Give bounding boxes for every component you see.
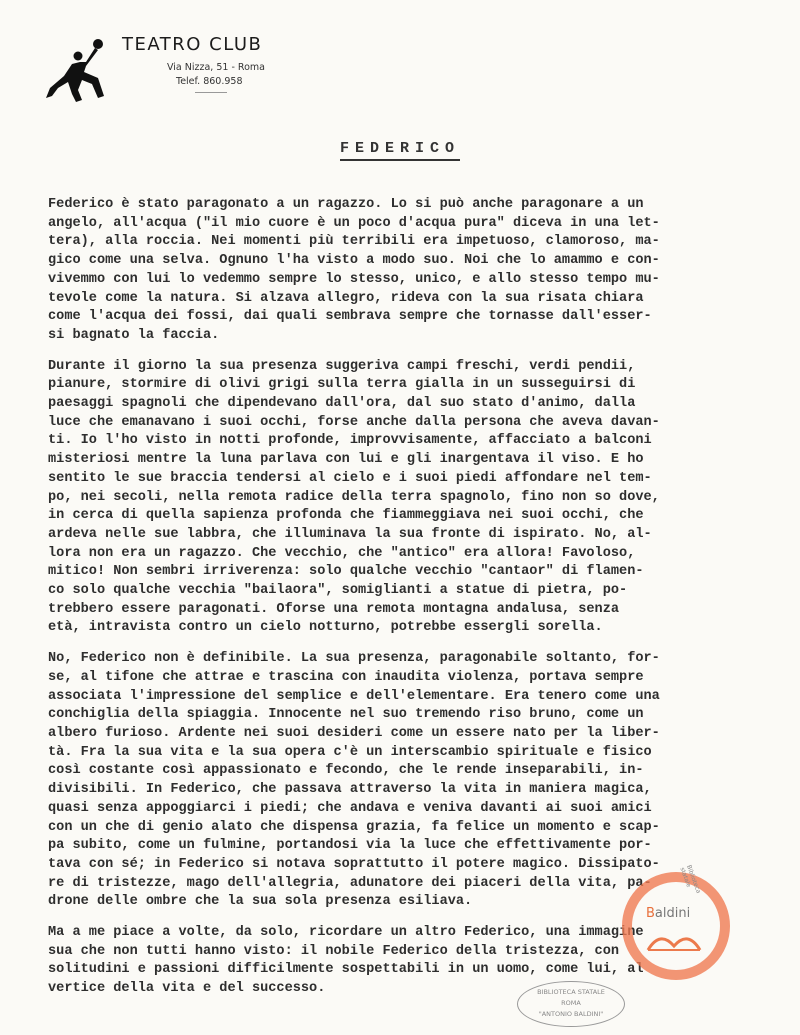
- letterhead-divider: [195, 92, 227, 93]
- text-line: divisibili. In Federico, che passava att…: [48, 781, 778, 800]
- stamp-line-1: BIBLIOTECA STATALE: [518, 987, 624, 998]
- dancing-figure-icon: [42, 36, 112, 102]
- text-line: come l'acqua dei fossi, dai quali sembra…: [48, 308, 778, 327]
- text-line: angelo, all'acqua ("il mio cuore è un po…: [48, 215, 778, 234]
- text-line: co solo qualche vecchia "bailaora", somi…: [48, 582, 778, 601]
- text-line: pianure, stormire di olivi grigi sulla t…: [48, 376, 778, 395]
- text-line: vertice della vita e del successo.: [48, 980, 778, 999]
- text-line: quasi senza appoggiarci i piedi; che and…: [48, 800, 778, 819]
- text-line: No, Federico non è definibile. La sua pr…: [48, 650, 778, 669]
- text-line: lora non era un ragazzo. Che vecchio, ch…: [48, 545, 778, 564]
- text-line: tà. Fra la sua vita e la sua opera c'è u…: [48, 744, 778, 763]
- text-line: se, al tifone che attrae e trascina con …: [48, 669, 778, 688]
- baldini-library-stamp: Biblioteca statale Baldini: [622, 872, 730, 980]
- text-line: misteriosi mentre la luna parlava con lu…: [48, 451, 778, 470]
- text-line: con un che di genio alato che dispensa g…: [48, 819, 778, 838]
- text-line: ti. Io l'ho visto in notti profonde, imp…: [48, 432, 778, 451]
- text-line: Durante il giorno la sua presenza sugger…: [48, 358, 778, 377]
- paragraph: Federico è stato paragonato a un ragazzo…: [48, 196, 778, 346]
- text-line: gico come una selva. Ognuno l'ha visto a…: [48, 252, 778, 271]
- text-line: paesaggi spagnoli che dipendevano dall'o…: [48, 395, 778, 414]
- text-line: si bagnato la faccia.: [48, 327, 778, 346]
- text-line: po, nei secoli, nella remota radice dell…: [48, 489, 778, 508]
- organization-phone: Telef. 860.958: [176, 76, 243, 87]
- text-line: vivemmo con lui lo vedemmo sempre lo ste…: [48, 271, 778, 290]
- text-line: così costante così appassionato e fecond…: [48, 762, 778, 781]
- organization-name: TEATRO CLUB: [122, 34, 262, 55]
- text-line: in cerca di quella sapienza profonda che…: [48, 507, 778, 526]
- text-line: età, intravista contro un cielo notturno…: [48, 619, 778, 638]
- library-ink-stamp: BIBLIOTECA STATALE ROMA "ANTONIO BALDINI…: [517, 981, 625, 1027]
- organization-address: Via Nizza, 51 - Roma: [167, 62, 265, 73]
- stamp-line-2: ROMA: [518, 998, 624, 1009]
- text-line: Federico è stato paragonato a un ragazzo…: [48, 196, 778, 215]
- text-line: conchiglia della spiaggia. Innocente nel…: [48, 706, 778, 725]
- text-line: ardeva nelle sue labbra, che illuminava …: [48, 526, 778, 545]
- text-line: tevole come la natura. Si alzava allegro…: [48, 290, 778, 309]
- text-line: tera), alla roccia. Nei momenti più terr…: [48, 233, 778, 252]
- stamp-name: Baldini: [646, 906, 690, 921]
- text-line: associata l'impressione del semplice e d…: [48, 688, 778, 707]
- letterhead: TEATRO CLUB Via Nizza, 51 - Roma Telef. …: [42, 30, 362, 110]
- document-title: FEDERICO: [0, 140, 800, 157]
- open-book-icon: [644, 928, 704, 952]
- text-line: trebbero essere paragonati. Oforse una r…: [48, 601, 778, 620]
- text-line: luce che emanavano i suoi occhi, forse a…: [48, 414, 778, 433]
- text-line: sentito le sue braccia tendersi al cielo…: [48, 470, 778, 489]
- text-line: mitico! Non sembri irriverenza: solo qua…: [48, 563, 778, 582]
- text-line: pa subito, come un fulmine, portandosi v…: [48, 837, 778, 856]
- stamp-line-3: "ANTONIO BALDINI": [518, 1009, 624, 1020]
- paragraph: Durante il giorno la sua presenza sugger…: [48, 358, 778, 639]
- text-line: albero furioso. Ardente nei suoi desider…: [48, 725, 778, 744]
